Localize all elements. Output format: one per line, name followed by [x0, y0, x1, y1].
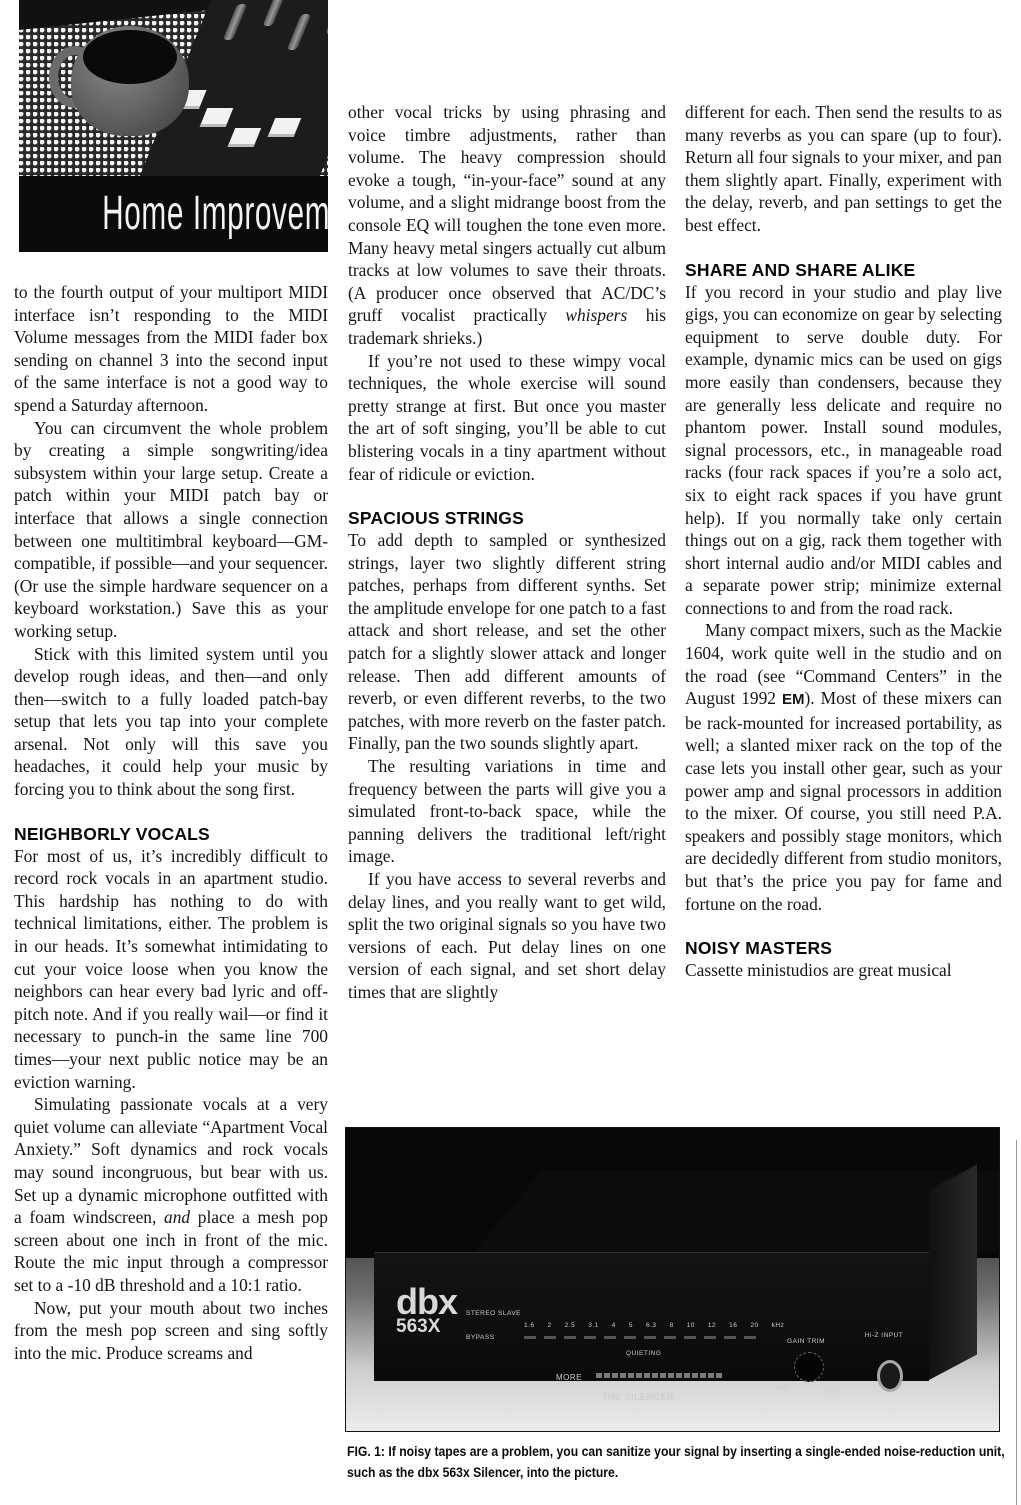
meter-segment — [652, 1373, 658, 1378]
mug-coffee — [83, 30, 177, 84]
device-side-panel — [929, 1164, 977, 1380]
frequency-label: 4 — [612, 1322, 616, 1329]
section-gap — [685, 915, 1002, 937]
paragraph: The resulting variations in time and fre… — [348, 755, 666, 868]
frequency-labels: 1.6 2 2.5 3.1 4 5 6.3 8 10 12 16 20 kHz — [524, 1322, 784, 1329]
header-photo — [19, 0, 328, 176]
article-column-2: other vocal tricks by using phrasing and… — [348, 101, 666, 1004]
console-knob — [223, 4, 248, 40]
meter-segment — [684, 1373, 690, 1378]
meter-segment — [628, 1373, 634, 1378]
text-run: other vocal tricks by using phrasing and… — [348, 102, 666, 325]
meter-segment — [692, 1373, 698, 1378]
paragraph: to the fourth output of your multiport M… — [14, 281, 328, 417]
frequency-label: 3.1 — [588, 1322, 599, 1329]
meter-segment — [660, 1373, 666, 1378]
article-column-3: different for each. Then send the result… — [685, 101, 1002, 982]
frequency-label: 6.3 — [646, 1322, 657, 1329]
paragraph: If you record in your studio and play li… — [685, 281, 1002, 620]
frequency-label: 5 — [629, 1322, 633, 1329]
paragraph: Now, put your mouth about two inches fro… — [14, 1297, 328, 1365]
quieting-label: QUIETING — [626, 1350, 661, 1357]
brand-name: dbx — [396, 1287, 457, 1317]
figure-photo: dbx 563X STEREO SLAVE BYPASS 1.6 2 2.5 3… — [345, 1127, 1000, 1432]
paragraph: To add depth to sampled or synthesized s… — [348, 529, 666, 755]
section-gap — [348, 485, 666, 507]
minus-20db-label: -20dB — [822, 1388, 842, 1395]
frequency-label: 2 — [548, 1322, 552, 1329]
section-gap — [685, 237, 1002, 259]
page-edge-rule — [1016, 1140, 1017, 1505]
dbx-563x-device: dbx 563X STEREO SLAVE BYPASS 1.6 2 2.5 3… — [374, 1170, 974, 1398]
khz-label: kHz — [772, 1322, 785, 1329]
zero-db-label: 0dB — [774, 1385, 787, 1392]
paragraph: other vocal tricks by using phrasing and… — [348, 101, 666, 350]
quieting-meter — [596, 1373, 722, 1378]
paragraph: Many compact mixers, such as the Mackie … — [685, 619, 1002, 915]
led-indicator — [744, 1336, 756, 1339]
section-heading: NOISY MASTERS — [685, 937, 1002, 959]
department-title: Home Improvement — [19, 176, 328, 252]
emphasis: whispers — [565, 305, 627, 325]
device-top-panel — [474, 1170, 1000, 1252]
led-indicator — [524, 1336, 536, 1339]
meter-segment — [636, 1373, 642, 1378]
led-indicator — [644, 1336, 656, 1339]
paragraph: different for each. Then send the result… — [685, 101, 1002, 237]
meter-segment — [668, 1373, 674, 1378]
meter-segment — [596, 1373, 602, 1378]
text-run: ). Most of these mixers can be rack-moun… — [685, 688, 1002, 913]
paragraph: For most of us, it’s incredibly difficul… — [14, 845, 328, 1094]
figure-caption: FIG. 1: If noisy tapes are a problem, yo… — [347, 1442, 1005, 1484]
meter-segment — [620, 1373, 626, 1378]
header-illustration: Home Improvement — [19, 0, 328, 252]
paragraph: Cassette ministudios are great musical — [685, 959, 1002, 982]
meter-segment — [604, 1373, 610, 1378]
hi-z-input-label: Hi-Z INPUT — [864, 1332, 904, 1339]
console-knob — [262, 0, 287, 26]
product-name-label: THE SILENCER — [602, 1392, 674, 1402]
article-column-1: to the fourth output of your multiport M… — [14, 281, 328, 1364]
led-indicator — [604, 1336, 616, 1339]
frequency-label: 20 — [750, 1322, 758, 1329]
section-gap — [14, 801, 328, 823]
frequency-label: 16 — [729, 1322, 737, 1329]
bypass-label: BYPASS — [466, 1334, 495, 1341]
console-knob — [287, 14, 312, 50]
section-heading: NEIGHBORLY VOCALS — [14, 823, 328, 845]
led-indicator — [684, 1336, 696, 1339]
magazine-abbrev: EM — [782, 691, 805, 708]
led-indicator — [584, 1336, 596, 1339]
paragraph: If you’re not used to these wimpy vocal … — [348, 350, 666, 486]
gain-trim-label: GAIN TRIM — [786, 1338, 826, 1345]
frequency-label: 12 — [708, 1322, 716, 1329]
paragraph: If you have access to several reverbs an… — [348, 868, 666, 1004]
console-knob — [325, 0, 328, 34]
frequency-label: 8 — [670, 1322, 674, 1329]
console-fader — [268, 118, 302, 137]
meter-segment — [612, 1373, 618, 1378]
gain-trim-knob — [794, 1352, 824, 1382]
emphasis: and — [164, 1207, 190, 1227]
more-label: MORE — [556, 1373, 582, 1382]
meter-segment — [708, 1373, 714, 1378]
led-indicator — [704, 1336, 716, 1339]
device-front-panel — [374, 1252, 929, 1381]
led-indicator — [624, 1336, 636, 1339]
led-indicator — [724, 1336, 736, 1339]
meter-segment — [676, 1373, 682, 1378]
frequency-label: 10 — [687, 1322, 695, 1329]
led-indicator — [544, 1336, 556, 1339]
paragraph: You can circumvent the whole problem by … — [14, 417, 328, 643]
led-indicator — [664, 1336, 676, 1339]
frequency-label: 2.5 — [565, 1322, 576, 1329]
section-heading: SHARE AND SHARE ALIKE — [685, 259, 1002, 281]
meter-segment — [644, 1373, 650, 1378]
meter-segment — [716, 1373, 722, 1378]
section-heading: SPACIOUS STRINGS — [348, 507, 666, 529]
device-logo: dbx 563X — [396, 1287, 457, 1337]
frequency-label: 1.6 — [524, 1322, 535, 1329]
paragraph: Stick with this limited system until you… — [14, 643, 328, 801]
console-fader — [228, 128, 262, 147]
quieting-leds — [524, 1336, 756, 1339]
meter-segment — [700, 1373, 706, 1378]
stereo-slave-label: STEREO SLAVE — [466, 1310, 521, 1317]
led-indicator — [564, 1336, 576, 1339]
paragraph: Simulating passionate vocals at a very q… — [14, 1093, 328, 1296]
console-fader — [200, 108, 234, 127]
department-title-text: Home Improvement — [102, 176, 328, 252]
hi-z-input-jack — [877, 1360, 903, 1392]
